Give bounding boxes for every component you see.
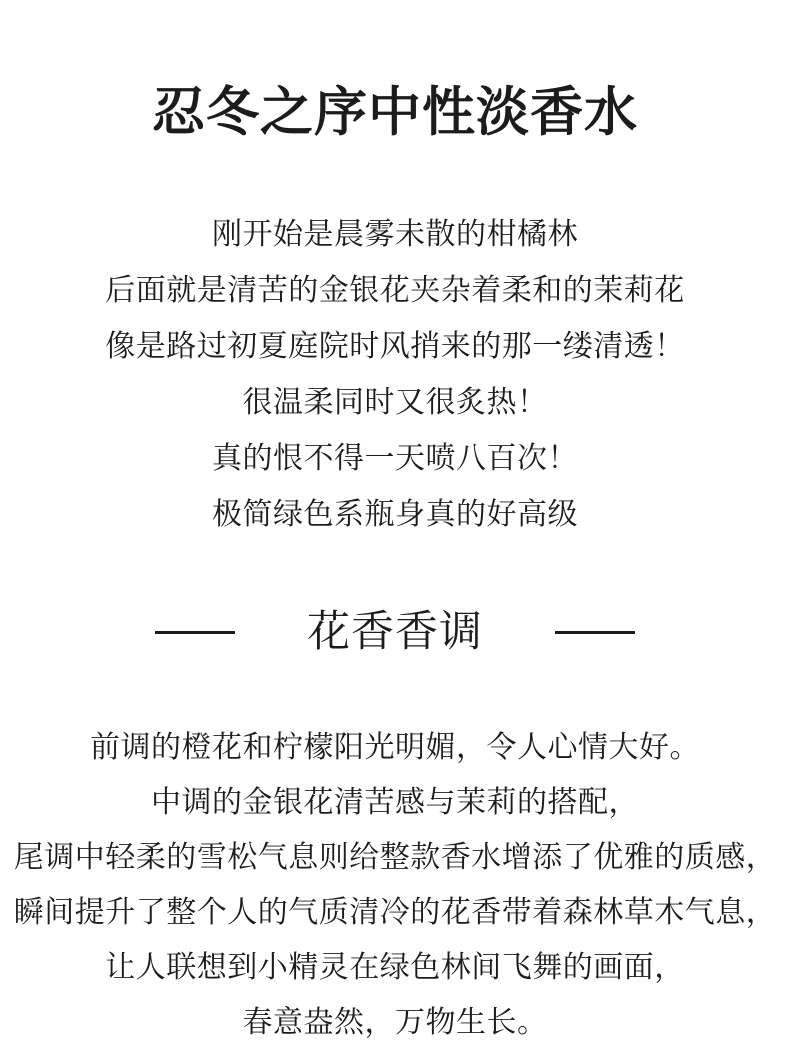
divider-line-right	[555, 631, 635, 634]
fragrance-type-heading: 花香香调	[307, 602, 483, 662]
intro-line: 真的恨不得一天喷八百次！	[0, 431, 790, 487]
notes-line: 春意盎然，万物生长。	[0, 995, 790, 1050]
intro-paragraph: 刚开始是晨雾未散的柑橘林 后面就是清苦的金银花夹杂着柔和的茉莉花 像是路过初夏庭…	[0, 207, 790, 543]
fragrance-type-header: 花香香调	[0, 602, 790, 662]
intro-line: 后面就是清苦的金银花夹杂着柔和的茉莉花	[0, 263, 790, 319]
notes-line: 尾调中轻柔的雪松气息则给整款香水增添了优雅的质感，	[0, 830, 790, 885]
intro-line: 像是路过初夏庭院时风捎来的那一缕清透！	[0, 319, 790, 375]
notes-line: 瞬间提升了整个人的气质清冷的花香带着森林草木气息，	[0, 885, 790, 940]
divider-line-left	[155, 631, 235, 634]
intro-line: 刚开始是晨雾未散的柑橘林	[0, 207, 790, 263]
intro-line: 很温柔同时又很炙热！	[0, 375, 790, 431]
notes-line: 中调的金银花清苦感与茉莉的搭配，	[0, 775, 790, 830]
notes-line: 让人联想到小精灵在绿色林间飞舞的画面，	[0, 940, 790, 995]
intro-line: 极简绿色系瓶身真的好高级	[0, 487, 790, 543]
notes-line: 前调的橙花和柠檬阳光明媚，令人心情大好。	[0, 720, 790, 775]
product-title: 忍冬之序中性淡香水	[0, 86, 790, 140]
fragrance-notes-paragraph: 前调的橙花和柠檬阳光明媚，令人心情大好。 中调的金银花清苦感与茉莉的搭配， 尾调…	[0, 720, 790, 1050]
product-description-page: 忍冬之序中性淡香水 刚开始是晨雾未散的柑橘林 后面就是清苦的金银花夹杂着柔和的茉…	[0, 0, 790, 1062]
